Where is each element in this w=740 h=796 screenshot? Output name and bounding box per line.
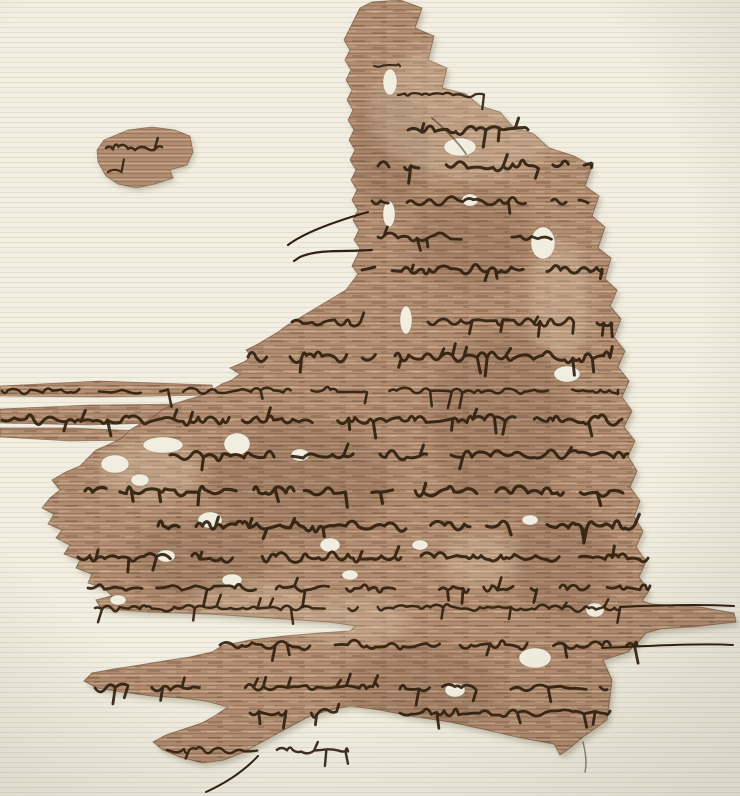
papyrus-photo: [0, 0, 740, 796]
photo-vignette: [0, 0, 740, 796]
papyrus-photo-figure: [0, 0, 740, 796]
